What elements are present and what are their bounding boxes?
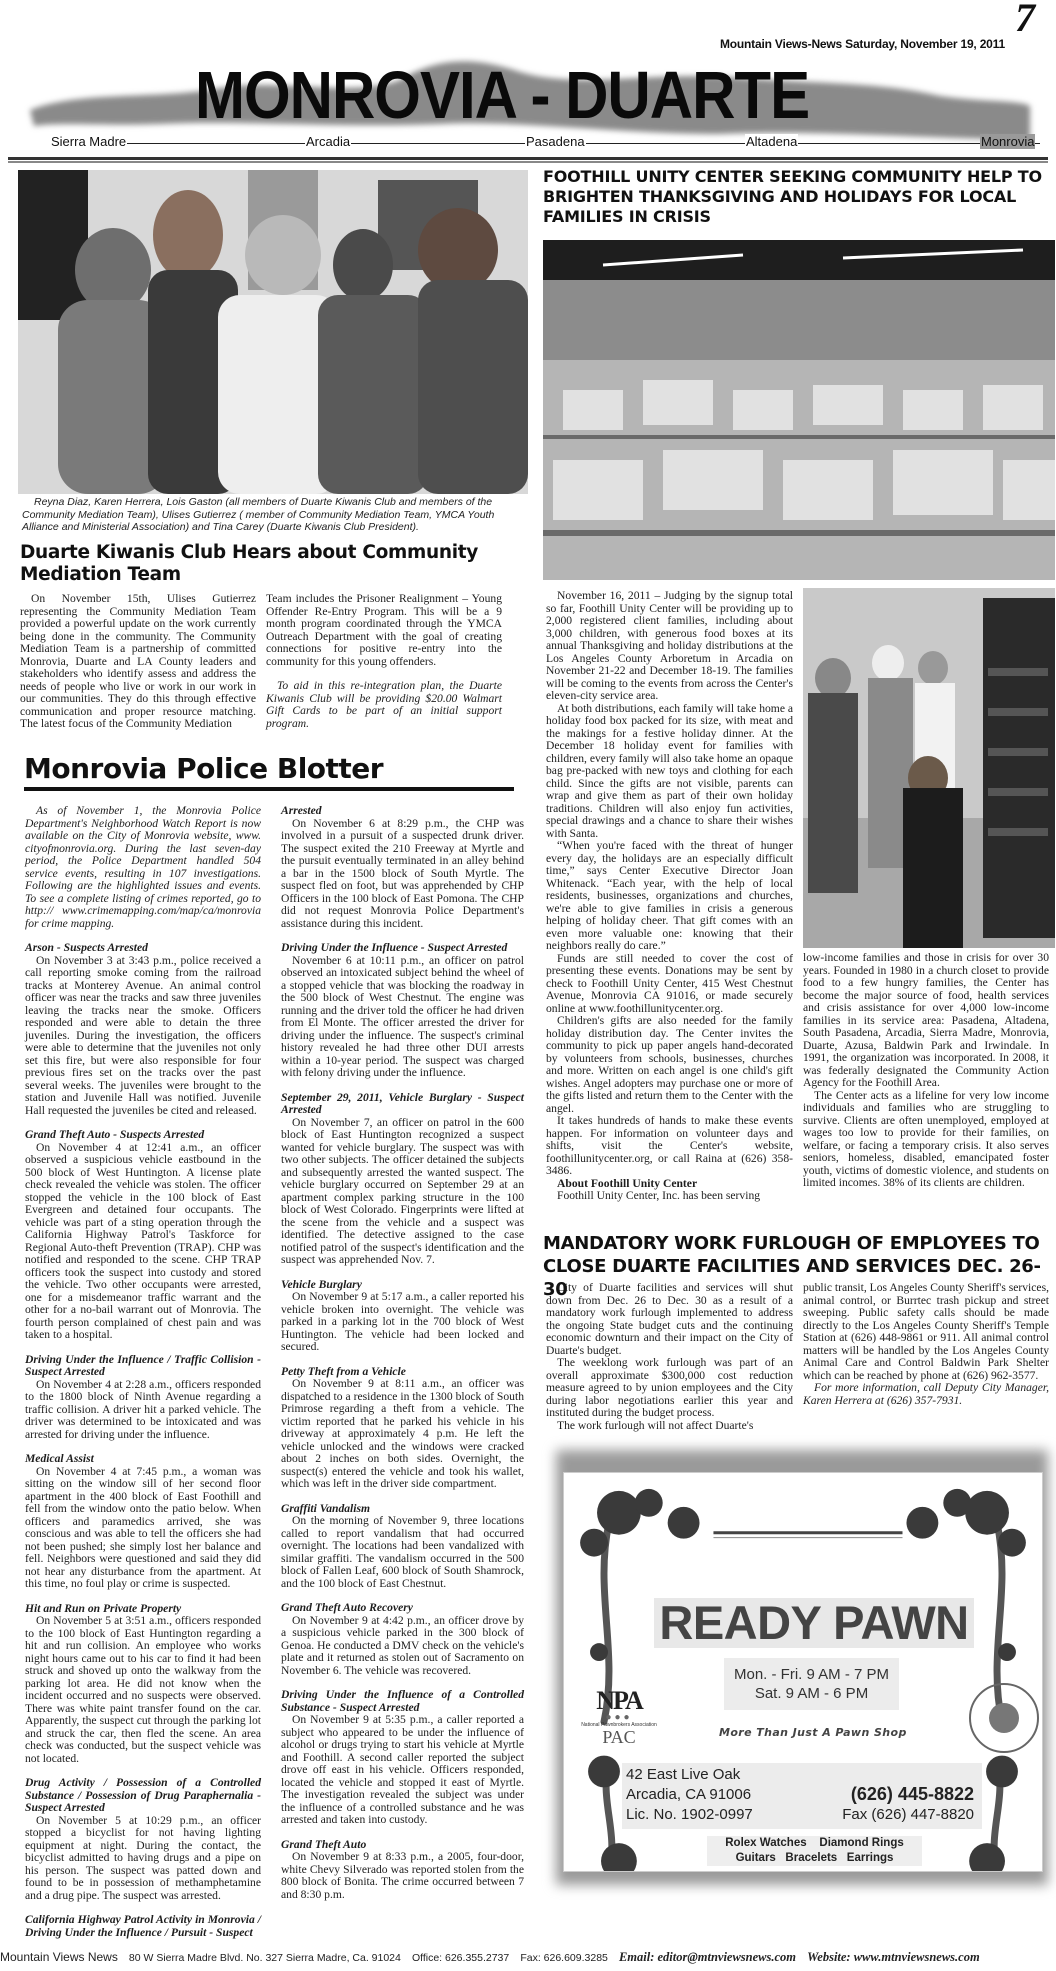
foothill-paragraph: At both distributions, each family will … <box>546 703 793 841</box>
blotter-item-title-cont: Arrested <box>281 805 524 818</box>
blotter-item-body: On November 9 at 8:33 p.m., a 2005, four… <box>281 1851 524 1901</box>
ad-title: READY PAWN <box>654 1598 974 1648</box>
ad-license: Lic. No. 1902-0997 <box>626 1805 753 1825</box>
kiwanis-body-2: Team includes the Prisoner Realignment –… <box>266 593 502 668</box>
masthead-rule-secondary <box>8 161 1048 163</box>
footer-address: 80 W Sierra Madre Blvd. No. 327 Sierra M… <box>129 1952 401 1964</box>
ad-hours-weekday: Mon. - Fri. 9 AM - 7 PM <box>724 1665 899 1684</box>
ad-address: 42 East Live Oak Arcadia, CA 91006 Lic. … <box>626 1765 753 1825</box>
npa-pac: PAC <box>569 1728 669 1746</box>
blotter-item-title: Grand Theft Auto Recovery <box>281 1602 524 1615</box>
page-number: 7 <box>1015 0 1035 36</box>
blotter-item-body: On November 7, an officer on patrol in t… <box>281 1117 524 1267</box>
footer-office: Office: 626.355.2737 <box>412 1952 509 1964</box>
photo-placeholder-icon <box>543 240 1055 580</box>
furlough-paragraph: The work furlough will not affect Duarte… <box>546 1420 793 1433</box>
foothill-headline: FOOTHILL UNITY CENTER SEEKING COMMUNITY … <box>543 167 1043 227</box>
blotter-item-body: On November 4 at 7:45 p.m., a woman was … <box>25 1466 261 1591</box>
city-altadena: Altadena <box>745 134 798 149</box>
ad-city: Arcadia, CA 91006 <box>626 1785 753 1805</box>
ad-contact-block: 42 East Live Oak Arcadia, CA 91006 Lic. … <box>622 1763 982 1829</box>
foothill-paragraph: Funds are still needed to cover the cost… <box>546 953 793 1016</box>
blotter-headline: Monrovia Police Blotter <box>24 752 383 786</box>
footer-fax: Fax: 626.609.3285 <box>520 1952 608 1964</box>
blotter-item-body: On November 4 at 2:28 a.m., officers res… <box>25 1379 261 1442</box>
kiwanis-column-2: Team includes the Prisoner Realignment –… <box>266 593 502 730</box>
furlough-paragraph: City of Duarte facilities and services w… <box>546 1282 793 1357</box>
blotter-item-title: Driving Under the Influence - Suspect Ar… <box>281 942 524 955</box>
ad-tagline: More Than Just A Pawn Shop <box>719 1726 939 1739</box>
npa-dots-icon: ●●● <box>569 1714 669 1722</box>
blotter-item-body: On November 9 at 8:11 a.m., an officer w… <box>281 1378 524 1491</box>
foothill-paragraph: Children's gifts are also needed for the… <box>546 1015 793 1115</box>
city-arcadia: Arcadia <box>305 134 351 149</box>
foothill-paragraph: The Center acts as a lifeline for very l… <box>803 1090 1049 1190</box>
blotter-item-title: Arson - Suspects Arrested <box>25 942 261 955</box>
furlough-contact: For more information, call Deputy City M… <box>803 1382 1049 1407</box>
blotter-item-body: On November 9 at 5:17 a.m., a caller rep… <box>281 1291 524 1354</box>
furlough-paragraph: public transit, Los Angeles County Sheri… <box>803 1282 1049 1382</box>
foothill-paragraph: November 16, 2011 – Judging by the signu… <box>546 590 793 703</box>
blotter-item-title: Medical Assist <box>25 1453 261 1466</box>
ad-items: Rolex Watches Diamond Rings Guitars Brac… <box>707 1836 922 1866</box>
blotter-item-title: September 29, 2011, Vehicle Burglary - S… <box>281 1092 524 1117</box>
blotter-rule <box>24 787 514 791</box>
ad-hours: Mon. - Fri. 9 AM - 7 PM Sat. 9 AM - 6 PM <box>724 1658 899 1710</box>
city-line: Sierra Madre Arcadia Pasadena Altadena M… <box>50 134 1040 150</box>
kiwanis-headline: Duarte Kiwanis Club Hears about Communit… <box>20 542 520 586</box>
kiwanis-body-1: On November 15th, Ulises Gutierrez repre… <box>20 593 256 731</box>
blotter-item-body: On November 4 at 12:41 a.m., an officer … <box>25 1142 261 1342</box>
foothill-paragraph: It takes hundreds of hands to make these… <box>546 1115 793 1178</box>
blotter-item-body: On the morning of November 9, three loca… <box>281 1515 524 1590</box>
food-boxes-photo <box>543 240 1055 580</box>
city-sierra-madre: Sierra Madre <box>50 134 127 149</box>
page-footer: Mountain Views News 80 W Sierra Madre Bl… <box>0 1950 1056 1970</box>
npa-logo: NPA ●●● National Pawnbrokers Association… <box>569 1688 669 1746</box>
foothill-paragraph: “When you're faced with the threat of hu… <box>546 840 793 953</box>
ad-fax: Fax (626) 447-8820 <box>842 1805 974 1825</box>
ad-items-line-2: Guitars Bracelets Earrings <box>707 1851 922 1866</box>
blotter-item-body: On November 5 at 3:51 a.m., officers res… <box>25 1615 261 1765</box>
foothill-paragraph: Foothill Unity Center, Inc. has been ser… <box>546 1190 793 1203</box>
masthead: MONROVIA - DUARTE Sierra Madre Arcadia P… <box>20 50 1040 155</box>
volunteers-photo <box>803 588 1055 948</box>
blotter-item-body: On November 3 at 3:43 p.m., police recei… <box>25 955 261 1118</box>
ready-pawn-ad[interactable]: READY PAWN Mon. - Fri. 9 AM - 7 PM Sat. … <box>563 1472 1043 1872</box>
foothill-column-1: November 16, 2011 – Judging by the signu… <box>546 590 793 1203</box>
blotter-item-title: Drug Activity / Possession of a Controll… <box>25 1777 261 1815</box>
foothill-column-2: low-income families and those in crisis … <box>803 952 1049 1190</box>
ad-phone: (626) 445-8822 <box>842 1783 974 1805</box>
furlough-column-2: public transit, Los Angeles County Sheri… <box>803 1282 1049 1407</box>
photo-placeholder-icon <box>803 588 1055 948</box>
photo-placeholder-icon <box>18 170 528 494</box>
blotter-item-body: On November 6 at 8:29 p.m., the CHP was … <box>281 818 524 931</box>
furlough-paragraph: The weeklong work furlough was part of a… <box>546 1357 793 1420</box>
city-pasadena: Pasadena <box>525 134 586 149</box>
masthead-rule <box>8 157 1048 160</box>
blotter-column-1: As of November 1, the Monrovia Police De… <box>25 805 261 1939</box>
blotter-item-body: On November 9 at 5:35 p.m., a caller rep… <box>281 1714 524 1827</box>
section-title: MONROVIA - DUARTE <box>195 60 809 132</box>
blotter-item-body: On November 5 at 10:29 p.m., an officer … <box>25 1815 261 1903</box>
photo-caption: Reyna Diaz, Karen Herrera, Lois Gaston (… <box>22 496 527 534</box>
blotter-item-title: Driving Under the Influence / Traffic Co… <box>25 1354 261 1379</box>
kiwanis-group-photo <box>18 170 528 494</box>
furlough-column-1: City of Duarte facilities and services w… <box>546 1282 793 1432</box>
blotter-item-title: California Highway Patrol Activity in Mo… <box>25 1914 261 1939</box>
blotter-item-body: On November 9 at 4:42 p.m., an officer d… <box>281 1615 524 1678</box>
ad-phones: (626) 445-8822 Fax (626) 447-8820 <box>842 1783 974 1825</box>
footer-email[interactable]: Email: editor@mtnviewsnews.com <box>619 1950 796 1964</box>
kiwanis-body-italic: To aid in this re-integration plan, the … <box>266 680 502 730</box>
ad-street: 42 East Live Oak <box>626 1765 753 1785</box>
ad-hours-saturday: Sat. 9 AM - 6 PM <box>724 1684 899 1703</box>
dateline: Mountain Views-News Saturday, November 1… <box>720 37 1005 51</box>
footer-website[interactable]: Website: www.mtnviewsnews.com <box>807 1950 980 1964</box>
footer-paper-name: Mountain Views News <box>0 1950 118 1964</box>
blotter-item-title: Driving Under the Influence of a Control… <box>281 1689 524 1714</box>
city-monrovia: Monrovia <box>980 134 1035 149</box>
foothill-paragraph: low-income families and those in crisis … <box>803 952 1049 1090</box>
blotter-item-title: Grand Theft Auto - Suspects Arrested <box>25 1129 261 1142</box>
npa-logo-text: NPA <box>569 1688 669 1714</box>
collateral-loan-association-seal-icon <box>969 1683 1039 1753</box>
kiwanis-column-1: On November 15th, Ulises Gutierrez repre… <box>20 593 256 731</box>
ad-items-line-1: Rolex Watches Diamond Rings <box>707 1836 922 1851</box>
blotter-item-body: November 6 at 10:11 p.m., an officer on … <box>281 955 524 1080</box>
blotter-intro: As of November 1, the Monrovia Police De… <box>25 805 261 930</box>
seal-center <box>989 1703 1019 1733</box>
blotter-column-2: Arrested On November 6 at 8:29 p.m., the… <box>281 805 524 1901</box>
